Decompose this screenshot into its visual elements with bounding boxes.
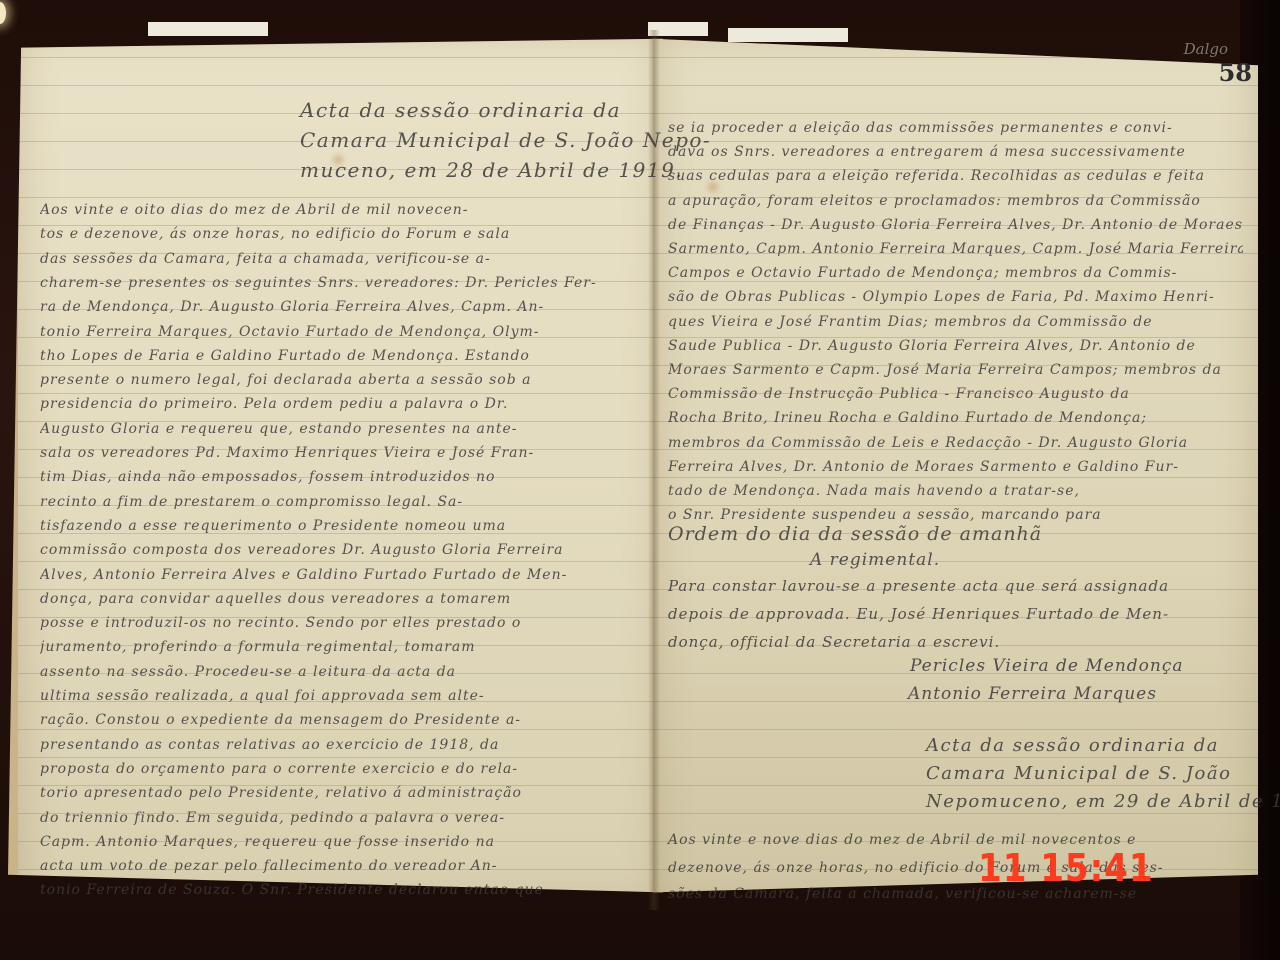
second-heading-line-1: Acta da sessão ordinaria da: [926, 732, 1219, 760]
closing-line-2: depois de approvada. Eu, José Henriques …: [668, 600, 1169, 628]
camera-timestamp: 11 15:41: [978, 846, 1154, 890]
handwritten-line: tonio Ferreira de Souza. O Snr. Presiden…: [40, 876, 640, 904]
regimental-line: A regimental.: [810, 546, 940, 574]
ordem-do-dia-line: Ordem do dia da sessão de amanhã: [668, 520, 1042, 548]
closing-line-1: Para constar lavrou-se a presente acta q…: [668, 572, 1169, 600]
page-tab: [728, 28, 848, 42]
left-heading-line-1: Acta da sessão ordinaria da: [300, 96, 621, 124]
lamp-light: [0, 2, 6, 24]
signature-2: Antonio Ferreira Marques: [908, 680, 1157, 708]
left-heading-line-2: Camara Municipal de S. João Nepo-: [300, 126, 711, 154]
page-tab: [148, 22, 268, 36]
signature-1: Pericles Vieira de Mendonça: [910, 652, 1184, 680]
page-number-note: Dalgo: [1184, 40, 1228, 58]
left-heading-line-3: muceno, em 28 de Abril de 1919.: [300, 156, 683, 184]
second-heading-line-2: Camara Municipal de S. João: [926, 760, 1231, 788]
second-heading-line-3: Nepomuceno, em 29 de Abril de 1919.: [926, 788, 1280, 816]
page-number: 58: [1219, 58, 1252, 87]
